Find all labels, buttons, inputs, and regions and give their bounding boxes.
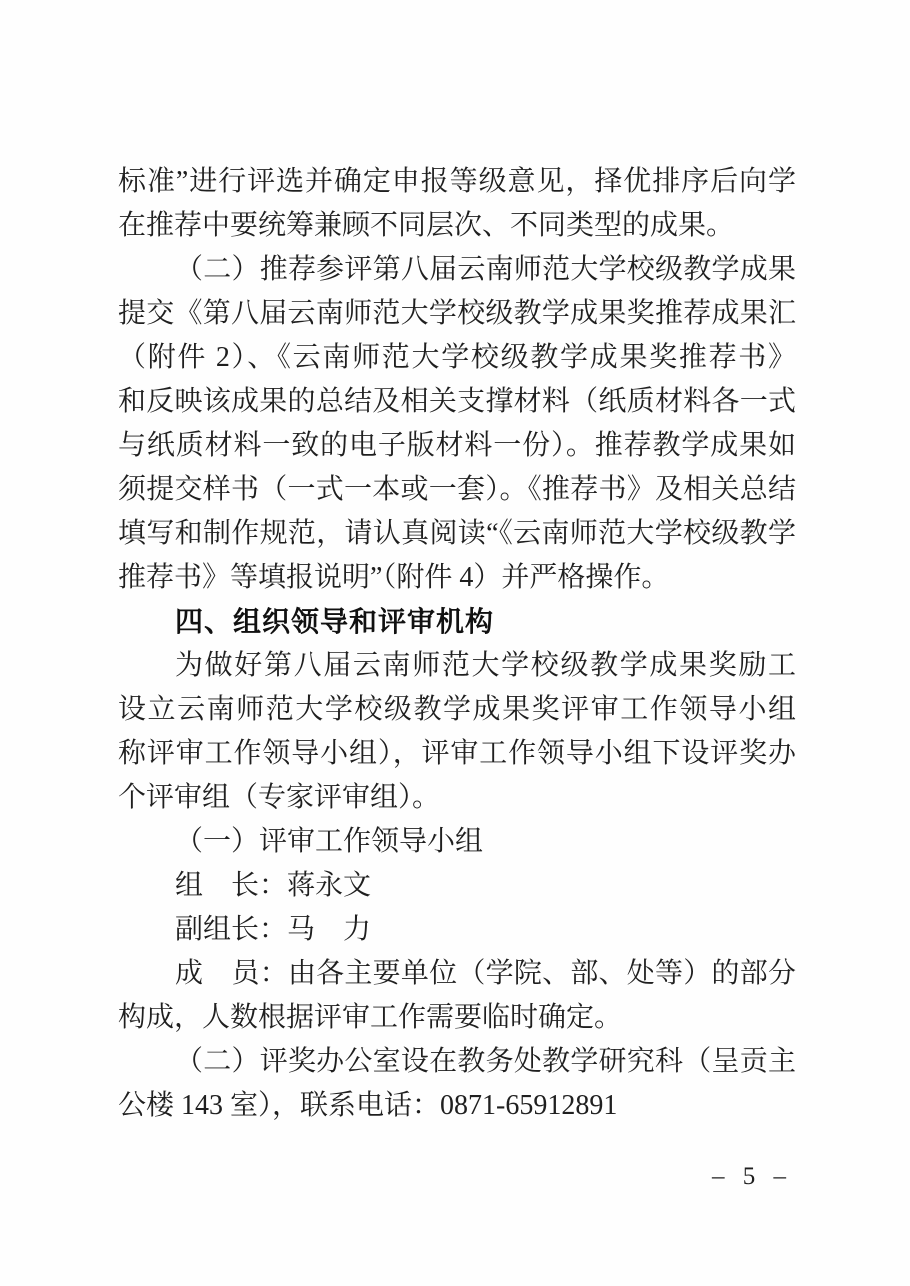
document-line: 设立云南师范大学校级教学成果奖评审工作领导小组（以下简 [118,688,796,732]
document-line: 和反映该成果的总结及相关支撑材料（纸质材料各一式二份， [118,380,796,424]
document-line: 推荐书》等填报说明”（附件 4）并严格操作。 [118,556,796,600]
document-line: 个评审组（专家评审组）。 [118,776,796,820]
document-line: 须提交样书（一式一本或一套）。《推荐书》及相关总结材料的 [118,468,796,512]
document-line: 称评审工作领导小组），评审工作领导小组下设评奖办公室和 3 [118,732,796,776]
document-text-block: 标准”进行评选并确定申报等级意见，择优排序后向学校推荐。 在推荐中要统筹兼顾不同… [118,160,796,1128]
document-line: 为做好第八届云南师范大学校级教学成果奖励工作，学校 [118,644,796,688]
document-line: 填写和制作规范，请认真阅读“《云南师范大学校级教学成果奖 [118,512,796,556]
document-line: 构成，人数根据评审工作需要临时确定。 [118,996,796,1040]
document-line: 组 长：蒋永文 [118,864,796,908]
document-line: （附件 2）、《云南师范大学校级教学成果奖推荐书》（附件 3） [118,336,796,380]
document-line: 公楼 143 室），联系电话：0871-65912891 [118,1084,796,1128]
page-number: – 5 – [712,1163,792,1191]
document-line: 提交《第八届云南师范大学校级教学成果奖推荐成果汇总表》 [118,292,796,336]
document-line: 成 员：由各主要单位（学院、部、处等）的部分负责人 [118,952,796,996]
document-page: 标准”进行评选并确定申报等级意见，择优排序后向学校推荐。 在推荐中要统筹兼顾不同… [0,0,910,1286]
section-heading: 四、组织领导和评审机构 [118,600,796,644]
document-line: 在推荐中要统筹兼顾不同层次、不同类型的成果。 [118,204,796,248]
document-line: 副组长：马 力 [118,908,796,952]
document-line: （二）推荐参评第八届云南师范大学校级教学成果奖，须 [118,248,796,292]
document-line: 标准”进行评选并确定申报等级意见，择优排序后向学校推荐。 [118,160,796,204]
document-line: 与纸质材料一致的电子版材料一份）。推荐教学成果如为教材， [118,424,796,468]
document-line: （二）评奖办公室设在教务处教学研究科（呈贡主校区办 [118,1040,796,1084]
document-line: （一）评审工作领导小组 [118,820,796,864]
